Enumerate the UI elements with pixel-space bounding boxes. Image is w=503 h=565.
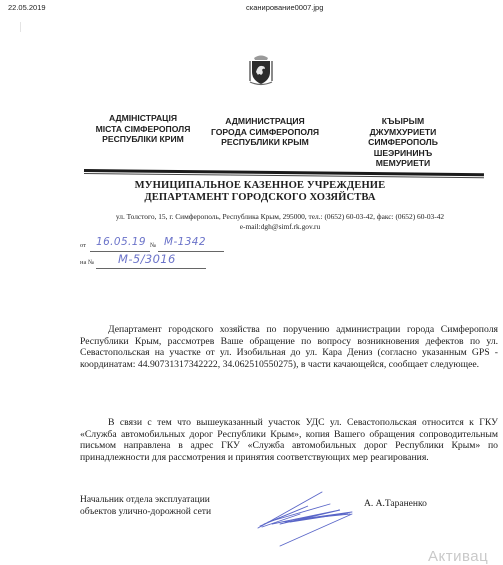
administration-ru-line: РЕСПУБЛИКИ КРЫМ	[205, 137, 325, 148]
administration-crh-line: СИМФЕРОПОЛЬ	[358, 137, 448, 148]
print-header: 22.05.2019 сканирование0007.jpg	[0, 0, 503, 14]
administration-crh-line: КЪЫРЫМ	[358, 116, 448, 127]
handwritten-to-number: М-5/3016	[118, 252, 176, 266]
to-underline	[96, 268, 206, 269]
signatory-title: Начальник отдела эксплуатации объектов у…	[80, 495, 211, 518]
administration-crh: КЪЫРЫМ ДЖУМХУРИЕТИ СИМФЕРОПОЛЬ ШЕЭРИНИНЪ…	[358, 116, 448, 169]
paragraph-text: Департамент городского хозяйства по пору…	[80, 324, 498, 370]
administration-crh-line: ШЕЭРИНИНЪ	[358, 148, 448, 159]
email: e-mail:dgh@simf.rk.gov.ru	[70, 222, 490, 232]
organization-line: МУНИЦИПАЛЬНОЕ КАЗЕННОЕ УЧРЕЖДЕНИЕ	[90, 180, 430, 192]
number-label: №	[150, 242, 156, 249]
signatory-title-line: объектов улично-дорожной сети	[80, 507, 211, 519]
signatory-name: А. А.Тараненко	[364, 499, 427, 509]
signatory-title-line: Начальник отдела эксплуатации	[80, 495, 211, 507]
organization-line: ДЕПАРТАМЕНТ ГОРОДСКОГО ХОЗЯЙСТВА	[90, 192, 430, 204]
print-filename: сканирование0007.jpg	[246, 3, 323, 12]
handwritten-number: М-1342	[164, 236, 206, 248]
handwritten-signature-icon	[250, 480, 380, 565]
administration-ru-line: ГОРОДА СИМФЕРОПОЛЯ	[205, 127, 325, 138]
administration-crh-line: ДЖУМХУРИЕТИ	[358, 127, 448, 138]
page-edge	[20, 22, 21, 32]
address-block: ул. Толстого, 15, г. Симферополь, Респуб…	[70, 212, 490, 231]
handwritten-date: 16.05.19	[96, 236, 146, 248]
print-date: 22.05.2019	[8, 3, 46, 12]
administration-ua: АДМІНІСТРАЦІЯ МІСТА СІМФЕРОПОЛЯ РЕСПУБЛІ…	[78, 113, 208, 145]
address: ул. Толстого, 15, г. Симферополь, Респуб…	[70, 212, 490, 222]
activation-watermark: Активац	[428, 548, 488, 565]
organization-name: МУНИЦИПАЛЬНОЕ КАЗЕННОЕ УЧРЕЖДЕНИЕ ДЕПАРТ…	[90, 180, 430, 204]
administration-ua-line: АДМІНІСТРАЦІЯ	[78, 113, 208, 124]
body-paragraph-2: В связи с тем что вышеуказанный участок …	[80, 417, 498, 463]
to-label: на №	[80, 259, 94, 266]
administration-ua-line: РЕСПУБЛІКИ КРИМ	[78, 134, 208, 145]
administration-ru: АДМИНИСТРАЦИЯ ГОРОДА СИМФЕРОПОЛЯ РЕСПУБЛ…	[205, 116, 325, 148]
paragraph-text: В связи с тем что вышеуказанный участок …	[80, 417, 498, 463]
administration-ru-line: АДМИНИСТРАЦИЯ	[205, 116, 325, 127]
administration-crh-line: МЕМУРИЕТИ	[358, 158, 448, 169]
crimea-coat-of-arms-icon	[248, 54, 274, 86]
from-label: от	[80, 242, 86, 249]
body-paragraph-1: Департамент городского хозяйства по пору…	[80, 324, 498, 370]
administration-ua-line: МІСТА СІМФЕРОПОЛЯ	[78, 124, 208, 135]
